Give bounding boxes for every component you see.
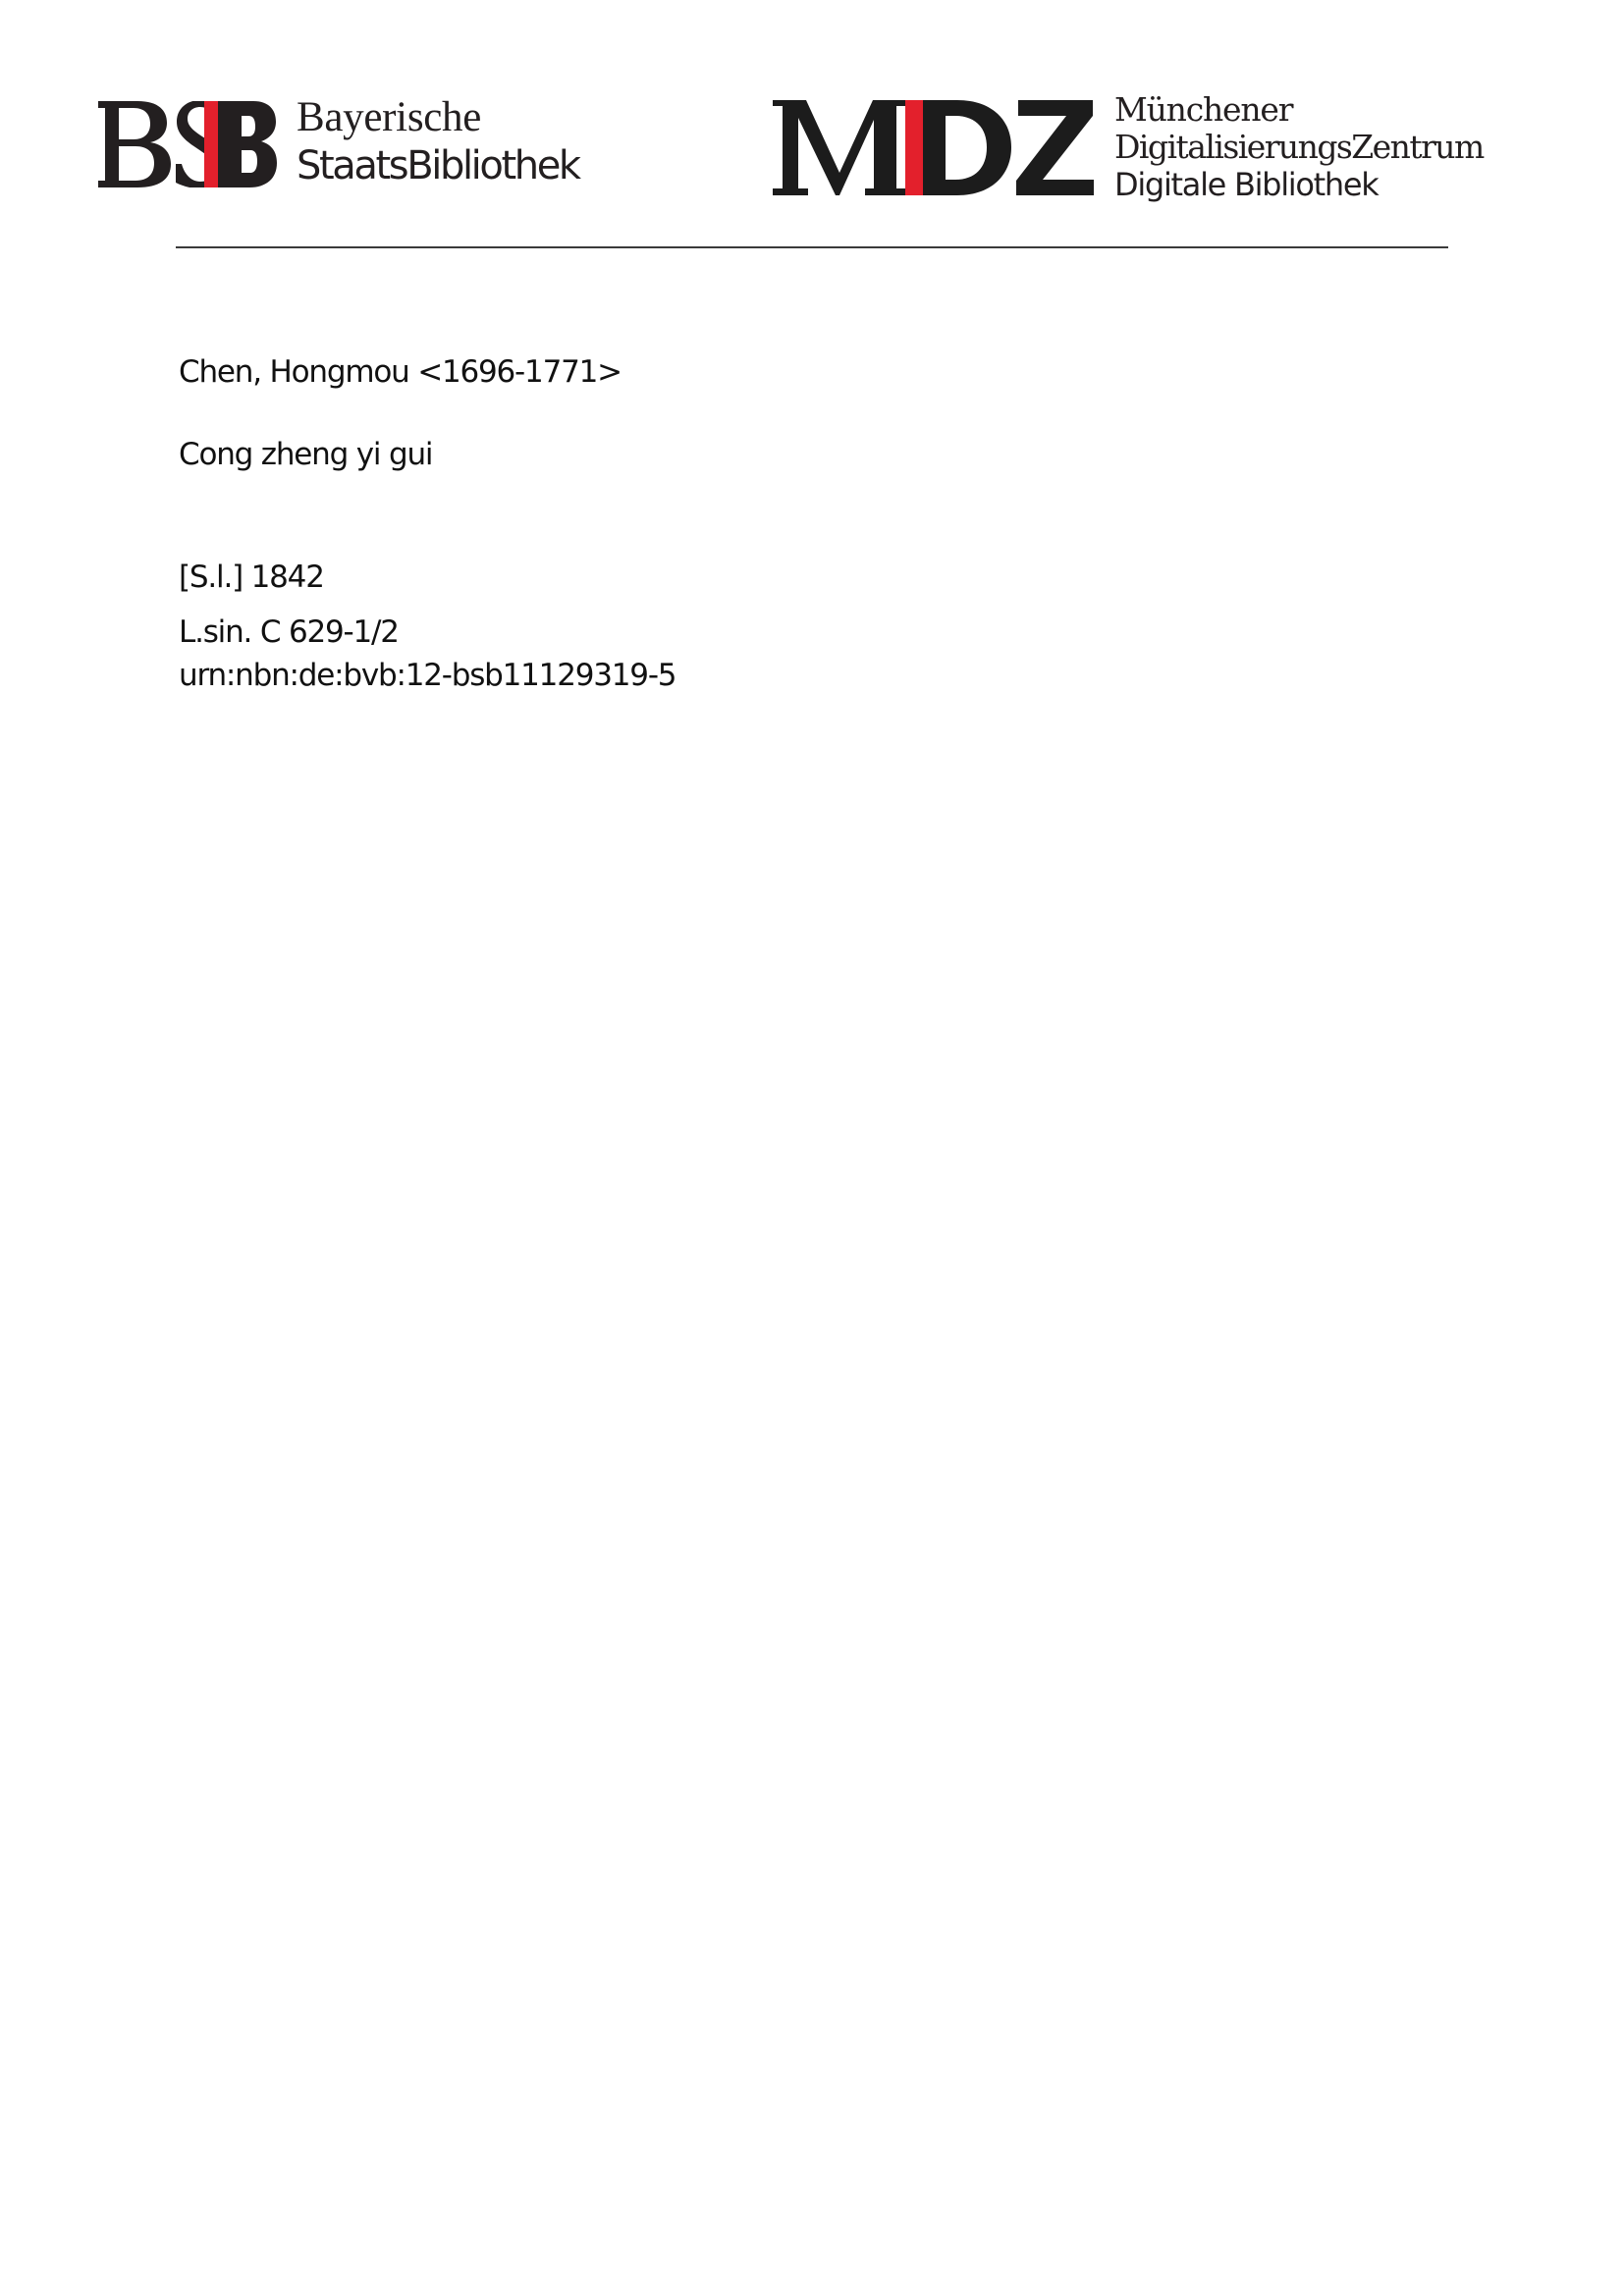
- mdz-logo-line2: DigitalisierungsZentrum: [1114, 130, 1484, 165]
- bsb-logo-line2: StaatsBibliothek: [297, 144, 579, 187]
- record-imprint: [S.l.] 1842: [179, 560, 324, 595]
- header-divider: [176, 246, 1448, 248]
- record-shelfmark: L.sin. C 629-1/2: [179, 614, 399, 650]
- mdz-logo-mark: [771, 96, 1095, 198]
- bsb-logo-mark: [98, 101, 277, 187]
- record-urn: urn:nbn:de:bvb:12-bsb11129319-5: [179, 658, 676, 693]
- record-author: Chen, Hongmou <1696-1771>: [179, 354, 622, 390]
- record-title: Cong zheng yi gui: [179, 437, 432, 472]
- bsb-logo-line1: Bayerische: [297, 96, 481, 138]
- mdz-logo-line3: Digitale Bibliothek: [1114, 167, 1379, 202]
- mdz-logo: Münchener DigitalisierungsZentrum Digita…: [771, 96, 1095, 200]
- mdz-logo-line1: Münchener: [1114, 92, 1292, 128]
- bsb-logo: Bayerische StaatsBibliothek: [98, 98, 277, 188]
